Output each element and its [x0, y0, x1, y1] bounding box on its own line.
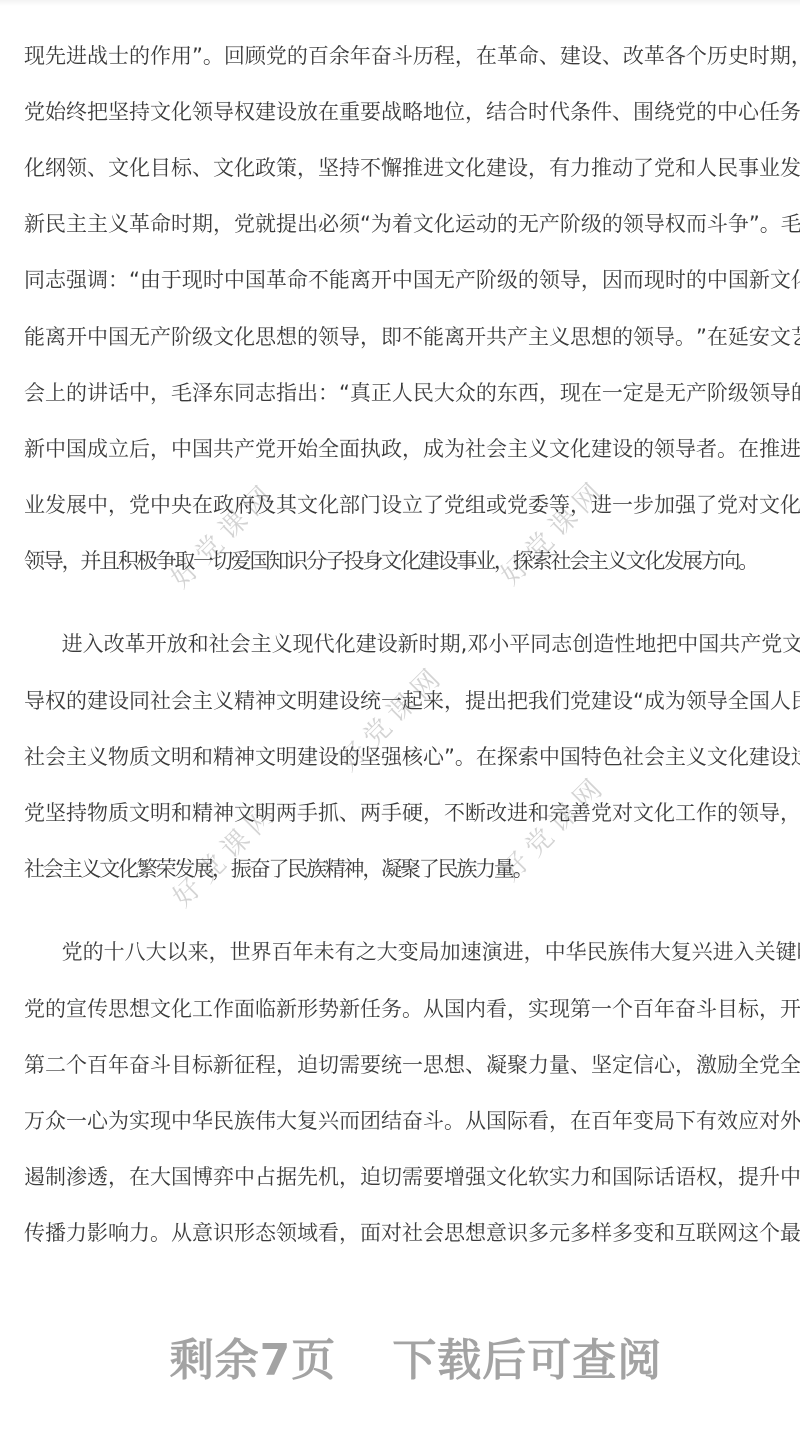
text-char: 两 [276, 803, 297, 824]
text-char: 的 [476, 383, 497, 404]
text-char: ， [213, 214, 234, 235]
text-char: 部 [339, 495, 360, 516]
text-char: 化 [780, 495, 800, 516]
text-char: 文 [150, 999, 171, 1020]
text-char: 级 [192, 327, 213, 348]
text-char: 持 [339, 158, 360, 179]
text-char: 用 [171, 46, 192, 67]
text-char: 伟 [255, 1111, 276, 1132]
text-char: 进 [66, 46, 87, 67]
text-char: 文 [486, 1167, 507, 1188]
text-char: 全 [780, 1055, 800, 1076]
text-char: 第 [570, 999, 591, 1020]
text-char: 年 [108, 1055, 129, 1076]
text-char: 展 [66, 495, 87, 516]
text-char: 文 [444, 158, 465, 179]
text-char: 定 [612, 1055, 633, 1076]
text-char: 略 [402, 102, 423, 123]
footer-download-hint: 下载后可查阅 [392, 1336, 662, 1387]
text-char: 小 [488, 634, 509, 655]
text-char: 神 [255, 691, 276, 712]
text-char: 目 [717, 999, 738, 1020]
text-char: 和 [171, 803, 192, 824]
text-char: 党 [234, 214, 255, 235]
text-char: 党 [444, 495, 465, 516]
text-char: 形 [234, 1223, 255, 1244]
text-char: 化 [318, 495, 339, 516]
text-char: 围 [633, 102, 654, 123]
text-char: 化 [171, 102, 192, 123]
text-char: 东 [213, 383, 234, 404]
text-char: 大 [377, 942, 398, 963]
text-char: 义 [528, 439, 549, 460]
text-char: 思 [444, 1223, 465, 1244]
text-char: ， [209, 942, 230, 963]
text-char: 定 [623, 383, 644, 404]
text-char: 一 [381, 691, 402, 712]
text-char: 迫 [297, 1055, 318, 1076]
text-char: 革 [129, 214, 150, 235]
text-char: 奋 [371, 46, 392, 67]
text-char: 时 [665, 270, 686, 291]
text-line: 新中国成立后，中国共产党开始全面执政，成为社会主义文化建设的领导者。在推进文化事 [24, 421, 776, 477]
text-char: 未 [314, 942, 335, 963]
text-char: 身 [362, 551, 381, 572]
text-char: 社 [402, 1223, 423, 1244]
text-char: 义 [549, 327, 570, 348]
text-char: 际 [507, 1111, 528, 1132]
text-char: 文 [108, 158, 129, 179]
text-char: 物 [87, 803, 108, 824]
text-char: 际 [633, 1167, 654, 1188]
text-line: 党坚持物质文明和精神文明两手抓、两手硬，不断改进和完善党对文化工作的领导，推动了 [24, 785, 776, 841]
text-char: 提 [465, 691, 486, 712]
text-char: 立 [108, 439, 129, 460]
text-char: 设 [612, 691, 633, 712]
text-char: 文 [276, 691, 297, 712]
text-char: 文 [626, 551, 645, 572]
text-char: 网 [717, 1223, 738, 1244]
text-char: 国 [612, 1167, 633, 1188]
text-char: 一 [591, 999, 612, 1020]
text-char: ， [581, 270, 602, 291]
text-char: 权 [696, 1167, 717, 1188]
text-char: 来 [423, 691, 444, 712]
text-line: 社会主义物质文明和精神文明建设的坚强核心”。在探索中国特色社会主义文化建设过程中… [24, 729, 776, 785]
text-char: 毛 [781, 214, 800, 235]
text-char: 国 [413, 270, 434, 291]
text-char: 年 [293, 942, 314, 963]
text-char: 把 [507, 691, 528, 712]
text-char: 、 [339, 803, 360, 824]
text-char: 增 [444, 1167, 465, 1188]
text-char: 导 [43, 551, 62, 572]
text-char: 和 [591, 1167, 612, 1188]
text-char: 二 [45, 1055, 66, 1076]
text-char: 心 [738, 102, 759, 123]
text-char: 发 [663, 551, 682, 572]
text-char: 泽 [192, 383, 213, 404]
text-char: 和 [528, 803, 549, 824]
text-char: ： [318, 383, 339, 404]
text-char: 化 [171, 999, 192, 1020]
text-char: 义 [87, 747, 108, 768]
text-char: 设 [581, 46, 602, 67]
text-line: 领导，并且积极争取一切爱国知识分子投身文化建设事业，探索社会主义文化发展方向。 [24, 534, 776, 590]
text-char: 政 [255, 158, 276, 179]
text-char: 投 [344, 551, 363, 572]
text-char: 不 [360, 158, 381, 179]
document-body: 现先进战士的作用”。回顾党的百余年奋斗历程，在革命、建设、改革各个历史时期，我们… [24, 28, 776, 1262]
text-char: 文 [129, 803, 150, 824]
text-char: 聚 [507, 1055, 528, 1076]
text-char: 个 [66, 1055, 87, 1076]
text-char: 工 [192, 999, 213, 1020]
text-char: 懈 [381, 158, 402, 179]
text-char: ， [549, 1111, 570, 1132]
text-char: 导 [654, 327, 675, 348]
text-char: 了 [696, 495, 717, 516]
text-char: 主 [251, 634, 272, 655]
text-char: 化 [644, 551, 663, 572]
text-char: 建 [87, 691, 108, 712]
text-char: 化 [654, 803, 675, 824]
text-char: 文 [99, 859, 118, 880]
text-char: 强 [465, 1167, 486, 1188]
text-char: ， [524, 942, 545, 963]
text-char: 从 [465, 1111, 486, 1132]
text-char: 响 [108, 1223, 129, 1244]
text-char: 在 [476, 747, 497, 768]
text-char: 会 [569, 551, 588, 572]
text-char: 样 [591, 1223, 612, 1244]
paragraph: 现先进战士的作用”。回顾党的百余年奋斗历程，在革命、建设、改革各个历史时期，我们… [24, 28, 776, 590]
text-char: 传 [24, 1223, 45, 1244]
text-char: 就 [255, 214, 276, 235]
text-char: 改 [486, 803, 507, 824]
text-char: ， [150, 383, 171, 404]
text-char: 国 [698, 634, 719, 655]
text-char: ， [494, 551, 513, 572]
text-char: 发 [780, 158, 800, 179]
text-char: 索 [518, 747, 539, 768]
text-char: 大 [434, 383, 455, 404]
text-char: 加 [440, 942, 461, 963]
text-char: 党 [24, 803, 45, 824]
text-char: 全 [738, 1055, 759, 1076]
text-char: 开 [465, 327, 486, 348]
text-char: 年 [612, 1111, 633, 1132]
text-char: 。 [513, 859, 532, 880]
text-char: 最 [780, 1223, 800, 1244]
text-char: 创 [572, 634, 593, 655]
text-char: 文 [234, 803, 255, 824]
text-char: 领 [318, 327, 339, 348]
text-char: 民 [438, 859, 457, 880]
text-char: 志 [255, 383, 276, 404]
text-char: 变 [398, 942, 419, 963]
text-char: 业 [24, 495, 45, 516]
text-char: 结 [486, 102, 507, 123]
text-char: 十 [104, 942, 125, 963]
text-line: 业发展中，党中央在政府及其文化部门设立了党组或党委等，进一步加强了党对文化工作的 [24, 478, 776, 534]
text-char: 主 [528, 327, 549, 348]
text-char: 新 [276, 999, 297, 1020]
text-char: 现 [293, 634, 314, 655]
text-char: 个 [612, 999, 633, 1020]
text-char: 探 [497, 747, 518, 768]
text-char: 发 [174, 859, 193, 880]
text-char: 力 [570, 1167, 591, 1188]
text-char: 权 [234, 102, 255, 123]
text-char: ， [362, 859, 381, 880]
text-char: 级 [728, 383, 749, 404]
text-char: “ [339, 383, 350, 404]
text-char: 要 [360, 1055, 381, 1076]
text-char: 级 [581, 214, 602, 235]
text-char: 任 [759, 102, 780, 123]
text-char: 中 [171, 1111, 192, 1132]
text-char: 把 [87, 102, 108, 123]
text-char: 主 [192, 691, 213, 712]
text-char: 极 [137, 551, 156, 572]
text-char: 外 [780, 1111, 800, 1132]
text-char: 国 [171, 1167, 192, 1188]
text-char: 分 [306, 551, 325, 572]
text-char: ， [791, 46, 800, 67]
text-char: 党 [62, 942, 83, 963]
text-char: 在 [570, 1111, 591, 1132]
text-char: 社 [150, 691, 171, 712]
text-char: 同 [234, 383, 255, 404]
text-char: 聚 [400, 859, 419, 880]
text-char: 语 [675, 1167, 696, 1188]
text-char: 在 [581, 383, 602, 404]
text-char: ” [444, 747, 455, 768]
text-char: 爱 [231, 551, 250, 572]
text-char: 取 [174, 551, 193, 572]
text-char: 设 [318, 747, 339, 768]
text-char: 中 [392, 270, 413, 291]
text-char: 领 [192, 102, 213, 123]
text-char: 民 [587, 942, 608, 963]
text-char: 思 [255, 327, 276, 348]
text-char: 提 [738, 1167, 759, 1188]
text-char: 平 [509, 634, 530, 655]
text-char: 下 [675, 1111, 696, 1132]
text-char: 期 [192, 214, 213, 235]
text-char: 或 [486, 495, 507, 516]
text-char: 强 [381, 747, 402, 768]
text-char: ， [780, 803, 800, 824]
text-char: 产 [150, 327, 171, 348]
text-char: 民 [287, 859, 306, 880]
text-char: 现 [644, 270, 665, 291]
text-char: 的 [66, 691, 87, 712]
text-char: 会 [43, 859, 62, 880]
text-char: 社 [550, 551, 569, 572]
text-char: 文 [381, 551, 400, 572]
text-char: 产 [539, 214, 560, 235]
text-char: 无 [518, 214, 539, 235]
text-char: 主 [62, 859, 81, 880]
text-char: 传 [87, 999, 108, 1020]
text-char: 持 [66, 803, 87, 824]
text-char: 、 [602, 46, 623, 67]
text-char: 开 [780, 999, 800, 1020]
text-char: 安 [749, 327, 770, 348]
text-char: 文 [759, 495, 780, 516]
text-char: 不 [308, 270, 329, 291]
text-char: 党 [266, 46, 287, 67]
text-char: 和 [675, 158, 696, 179]
text-char: 想 [129, 999, 150, 1020]
text-char: 开 [371, 270, 392, 291]
text-char: 由 [140, 270, 161, 291]
text-char: 余 [329, 46, 350, 67]
text-char: 宣 [66, 999, 87, 1020]
text-char: 即 [381, 327, 402, 348]
text-char: 文 [297, 495, 318, 516]
text-char: 新 [213, 1055, 234, 1076]
text-char: “ [360, 214, 371, 235]
text-char: 思 [108, 999, 129, 1020]
text-char: 时 [797, 942, 800, 963]
text-char: 策 [276, 158, 297, 179]
text-char: 想 [465, 1223, 486, 1244]
text-char: 一 [193, 551, 212, 572]
text-char: 制 [45, 1167, 66, 1188]
text-char: 明 [297, 691, 318, 712]
text-char: 作 [150, 46, 171, 67]
document-page: 好党课网好党课网好党课网好党课网好党课网 现先进战士的作用”。回顾党的百余年奋斗… [0, 0, 800, 1444]
text-char: 励 [717, 1055, 738, 1076]
text-char: 化 [728, 747, 749, 768]
paragraph: 进入改革开放和社会主义现代化建设新时期,邓小平同志创造性地把中国共产党文化领导权… [24, 617, 776, 898]
text-char: 抓 [318, 803, 339, 824]
text-char: 。 [760, 214, 781, 235]
text-line: 导权的建设同社会主义精神文明建设统一起来，提出把我们党建设“成为领导全国人民进行 [24, 673, 776, 729]
text-char: 振 [231, 859, 250, 880]
text-char: 一 [602, 383, 623, 404]
text-char: 统 [360, 691, 381, 712]
text-char: 化 [465, 158, 486, 179]
text-char: 执 [360, 439, 381, 460]
text-char: 人 [770, 691, 791, 712]
text-char: 大 [650, 942, 671, 963]
text-char: 年 [350, 46, 371, 67]
text-char: ， [539, 383, 560, 404]
text-char: 领 [539, 270, 560, 291]
text-char: 国 [560, 747, 581, 768]
text-char: 其 [276, 495, 297, 516]
text-char: 兴 [692, 942, 713, 963]
text-char: 量 [494, 859, 513, 880]
text-char: 们 [549, 691, 570, 712]
text-char: 能 [423, 327, 444, 348]
text-char: 调 [87, 270, 108, 291]
text-char: 机 [318, 1167, 339, 1188]
text-char: 党 [591, 803, 612, 824]
text-char: ， [339, 1223, 360, 1244]
text-char: 团 [360, 1111, 381, 1132]
text-char: 化 [118, 859, 137, 880]
text-char: 进 [503, 942, 524, 963]
text-char: ， [62, 551, 81, 572]
text-line: 同志强调：“由于现时中国革命不能离开中国无产阶级的领导，因而现时的中国新文化也不 [24, 253, 776, 309]
text-char: 现 [549, 999, 570, 1020]
text-char: 文 [150, 747, 171, 768]
text-line: 会上的讲话中，毛泽东同志指出：“真正人民大众的东西，现在一定是无产阶级领导的。” [24, 365, 776, 421]
text-char: ” [749, 214, 760, 235]
text-char: 神 [234, 747, 255, 768]
text-char: 义 [80, 859, 99, 880]
text-char: 程 [434, 46, 455, 67]
text-char: 元 [549, 1223, 570, 1244]
text-char: 建 [419, 551, 438, 572]
text-char: 国 [444, 999, 465, 1020]
text-char: 民 [717, 158, 738, 179]
text-char: ， [507, 999, 528, 1020]
text-char: 阶 [707, 383, 728, 404]
text-char: 出 [297, 383, 318, 404]
text-char: 遏 [24, 1167, 45, 1188]
text-char: 多 [570, 1223, 591, 1244]
text-char: 东 [497, 383, 518, 404]
text-char: 义 [686, 747, 707, 768]
text-char: 华 [566, 942, 587, 963]
text-char: 强 [66, 270, 87, 291]
text-char: 时 [171, 214, 192, 235]
text-char: 国 [250, 551, 269, 572]
text-char: 导 [759, 803, 780, 824]
text-char: 现 [560, 383, 581, 404]
text-char: “ [129, 270, 140, 291]
text-char: 顾 [245, 46, 266, 67]
text-char: 需 [402, 1167, 423, 1188]
text-char: 效 [717, 1111, 738, 1132]
text-char: 进 [713, 942, 734, 963]
text-char: 的 [497, 214, 518, 235]
text-char: 全 [728, 691, 749, 712]
text-char: 思 [570, 327, 591, 348]
text-char: 主 [588, 551, 607, 572]
text-char: 一 [402, 1055, 423, 1076]
text-char: 作 [696, 803, 717, 824]
text-char: 造 [593, 634, 614, 655]
text-char: 工 [675, 803, 696, 824]
text-line: 化纲领、文化目标、文化政策，坚持不懈推进文化建设，有力推动了党和人民事业发展。在 [24, 140, 776, 196]
text-char: 领 [738, 803, 759, 824]
text-char: 放 [297, 102, 318, 123]
text-char: 时 [749, 46, 770, 67]
text-char: ， [150, 439, 171, 460]
text-char: 步 [633, 495, 654, 516]
text-char: 提 [276, 214, 297, 235]
text-char: 和 [192, 747, 213, 768]
text-char: 持 [129, 102, 150, 123]
text-char: 艺 [791, 327, 800, 348]
text-char: 有 [549, 158, 570, 179]
text-char: 子 [325, 551, 344, 572]
text-char: ” [696, 327, 707, 348]
text-char: 成 [423, 439, 444, 460]
text-char: 目 [171, 1055, 192, 1076]
text-char: 手 [297, 803, 318, 824]
text-char: 指 [276, 383, 297, 404]
text-char: 、 [539, 46, 560, 67]
text-char: 明 [276, 747, 297, 768]
